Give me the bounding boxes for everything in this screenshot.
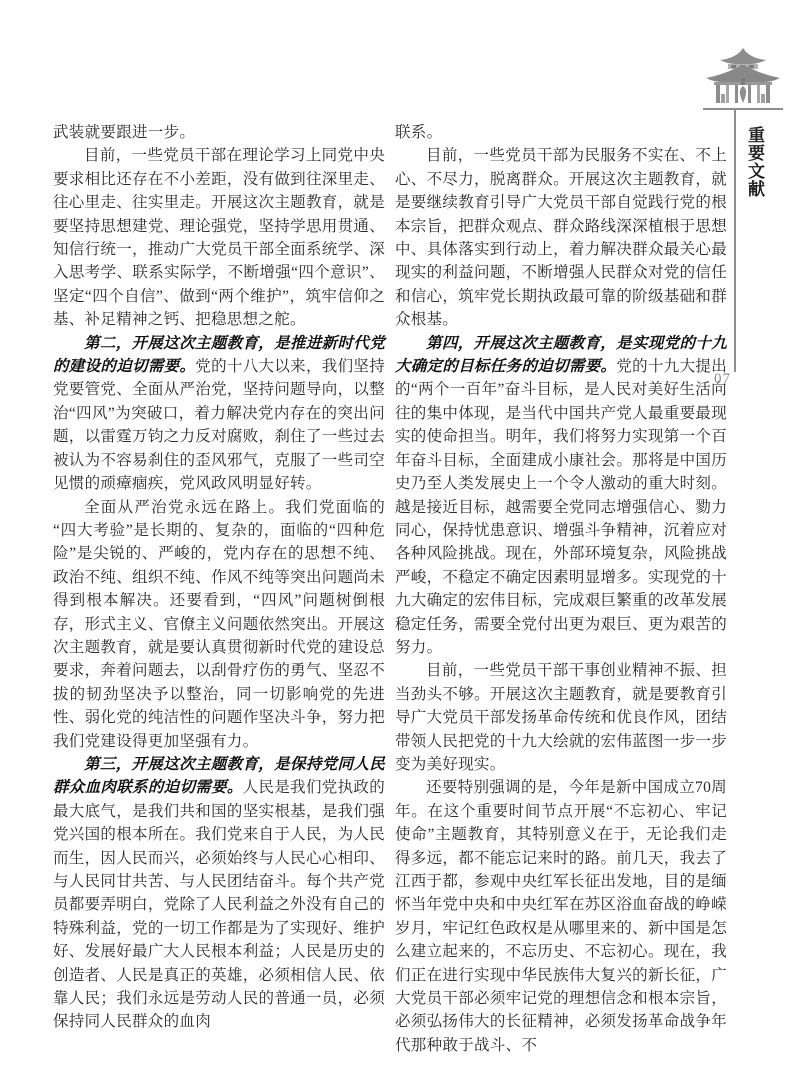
paragraph-text: 党的十九大提出的“两个一百年”奋斗目标，是人民对美好生活向往的集中体现，是当代中… (395, 358, 727, 656)
sidebar-vertical-rule (734, 110, 736, 372)
paragraph: 还要特别强调的是，今年是新中国成立70周年。在这个重要时间节点开展“不忘初心、牢… (395, 776, 727, 1057)
paragraph: 第三，开展这次主题教育，是保持党同人民群众血肉联系的迫切需要。人民是我们党执政的… (53, 753, 385, 1034)
sidebar-section-label: 重要文献 (742, 126, 767, 198)
paragraph: 目前，一些党员干部干事创业精神不振、担当劲头不够。开展这次主题教育，就是要教育引… (395, 659, 727, 776)
paragraph-text: 人民是我们党执政的最大底气，是我们共和国的坚实根基，是我们强党兴国的根本所在。我… (53, 779, 385, 1030)
paragraph-text: 党的十八大以来，我们坚持党要管党、全面从严治党，坚持问题导向，以整治“四风”为突… (53, 358, 385, 492)
paragraph: 第二，开展这次主题教育，是推进新时代党的建设的迫切需要。党的十八大以来，我们坚持… (53, 332, 385, 496)
paragraph: 全面从严治党永远在路上。我们党面临的“四大考验”是长期的、复杂的，面临的“四种危… (53, 496, 385, 753)
sidebar-horizontal-rule (703, 108, 783, 110)
page-number: 07 (714, 371, 731, 388)
text-column-right: 联系。 目前，一些党员干部为民服务不实在、不上心、不尽力，脱离群众。开展这次主题… (395, 121, 727, 1057)
document-page: 武装就要跟进一步。 目前，一些党员干部在理论学习上同党中央要求相比还存在不小差距… (0, 0, 793, 1077)
pagoda-icon (702, 48, 784, 108)
text-column-left: 武装就要跟进一步。 目前，一些党员干部在理论学习上同党中央要求相比还存在不小差距… (53, 121, 385, 1034)
paragraph: 目前，一些党员干部在理论学习上同党中央要求相比还存在不小差距，没有做到往深里走、… (53, 144, 385, 331)
paragraph: 武装就要跟进一步。 (53, 121, 385, 144)
paragraph: 目前，一些党员干部为民服务不实在、不上心、不尽力，脱离群众。开展这次主题教育，就… (395, 144, 727, 331)
paragraph: 第四，开展这次主题教育，是实现党的十九大确定的目标任务的迫切需要。党的十九大提出… (395, 332, 727, 660)
paragraph: 联系。 (395, 121, 727, 144)
